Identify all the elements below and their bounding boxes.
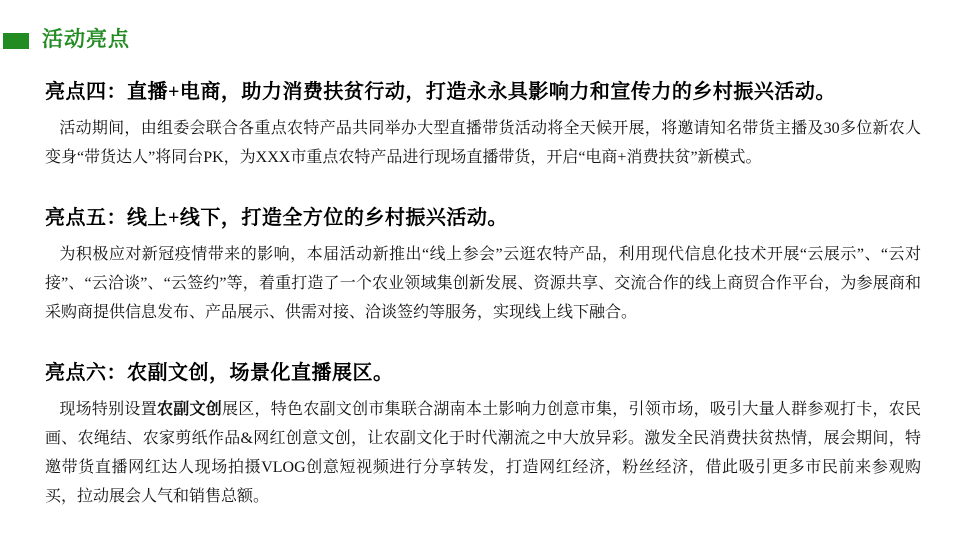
presentation-slide: 活动亮点 亮点四：直播+电商，助力消费扶贫行动，打造永永具影响力和宣传力的乡村振… xyxy=(0,0,960,540)
title-marker-bar xyxy=(3,33,29,49)
section-body-6: 现场特别设置农副文创展区，特色农副文创市集联合湖南本土影响力创意市集，引领市场，… xyxy=(45,395,921,511)
section-heading-4: 亮点四：直播+电商，助力消费扶贫行动，打造永永具影响力和宣传力的乡村振兴活动。 xyxy=(45,79,921,105)
section-body-5: 为积极应对新冠疫情带来的影响，本届活动新推出“线上参会”云逛农特产品，利用现代信… xyxy=(45,240,921,327)
section-highlight-5: 亮点五：线上+线下，打造全方位的乡村振兴活动。 为积极应对新冠疫情带来的影响，本… xyxy=(45,205,921,327)
page-title: 活动亮点 xyxy=(42,28,130,52)
section-highlight-6: 亮点六：农副文创，场景化直播展区。 现场特别设置农副文创展区，特色农副文创市集联… xyxy=(45,360,921,511)
slide-content: 亮点四：直播+电商，助力消费扶贫行动，打造永永具影响力和宣传力的乡村振兴活动。 … xyxy=(45,79,921,511)
body-6-bold-term: 农副文创 xyxy=(157,401,222,418)
section-body-4: 活动期间，由组委会联合各重点农特产品共同举办大型直播带货活动将全天候开展，将邀请… xyxy=(45,114,921,172)
section-highlight-4: 亮点四：直播+电商，助力消费扶贫行动，打造永永具影响力和宣传力的乡村振兴活动。 … xyxy=(45,79,921,172)
body-6-prefix: 现场特别设置 xyxy=(59,401,157,418)
section-heading-6: 亮点六：农副文创，场景化直播展区。 xyxy=(45,360,921,386)
section-heading-5: 亮点五：线上+线下，打造全方位的乡村振兴活动。 xyxy=(45,205,921,231)
